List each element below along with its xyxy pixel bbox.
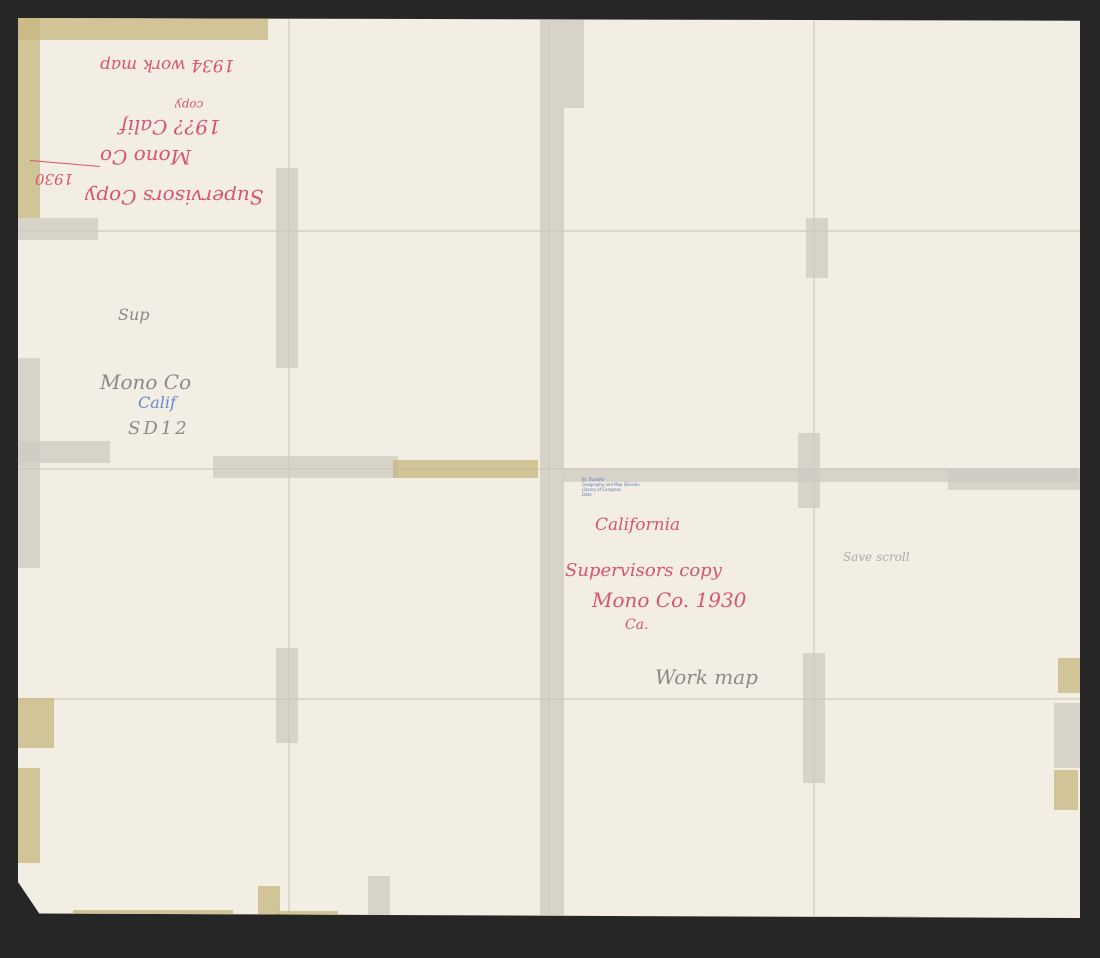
annotation-copy: copy [175,98,203,112]
tape-strip [18,358,40,568]
annotation-save-scroll: Save scroll [843,550,910,564]
annotation-work-map: Work map [655,665,758,689]
tape-strip [1058,658,1080,693]
tape-strip [818,916,918,926]
tape-strip [276,648,298,743]
annotation-ca: Ca. [625,617,649,633]
tape-strip [276,168,298,368]
annotation-sup: Sup [118,305,150,324]
tape-strip [540,18,564,918]
annotation-supervisors-copy-center: Supervisors copy [565,560,722,581]
tape-strip [798,433,820,508]
tape-strip [278,911,338,925]
tape-strip [948,470,1080,490]
tape-strip [393,460,538,478]
annotation-mono-co: Mono Co [100,145,191,169]
annotation-calif-blue: Calif [138,393,176,412]
annotation-mono-co-1930: Mono Co. 1930 [592,588,746,612]
tape-strip [806,218,828,278]
tape-strip [18,218,98,240]
annotation-sd12: SD12 [128,418,190,439]
tape-strip [73,910,233,928]
tape-strip [18,18,40,218]
tape-strip [1054,703,1080,768]
library-stamp: Br. Transfer Geography and Map Division … [582,477,640,497]
annotation-mono-co-pencil: Mono Co [100,370,191,394]
tape-strip [18,18,268,40]
stamp-line: Date [582,492,640,497]
annotation-california: California [595,515,680,535]
tape-strip [18,441,110,463]
tape-strip [1054,770,1078,810]
tape-strip [18,768,40,863]
tape-strip [258,886,280,926]
annotation-work-map-1934: 1934 work map [100,55,234,75]
annotation-year-1930: 1930 [35,170,73,188]
tape-strip [213,456,398,478]
tape-strip [18,698,54,748]
annotation-calif: 19?? Calif [120,115,221,139]
tape-strip [368,876,390,918]
tape-strip [564,18,584,108]
annotation-supervisors-copy: Supervisors Copy [85,185,263,209]
tape-strip [803,653,825,783]
